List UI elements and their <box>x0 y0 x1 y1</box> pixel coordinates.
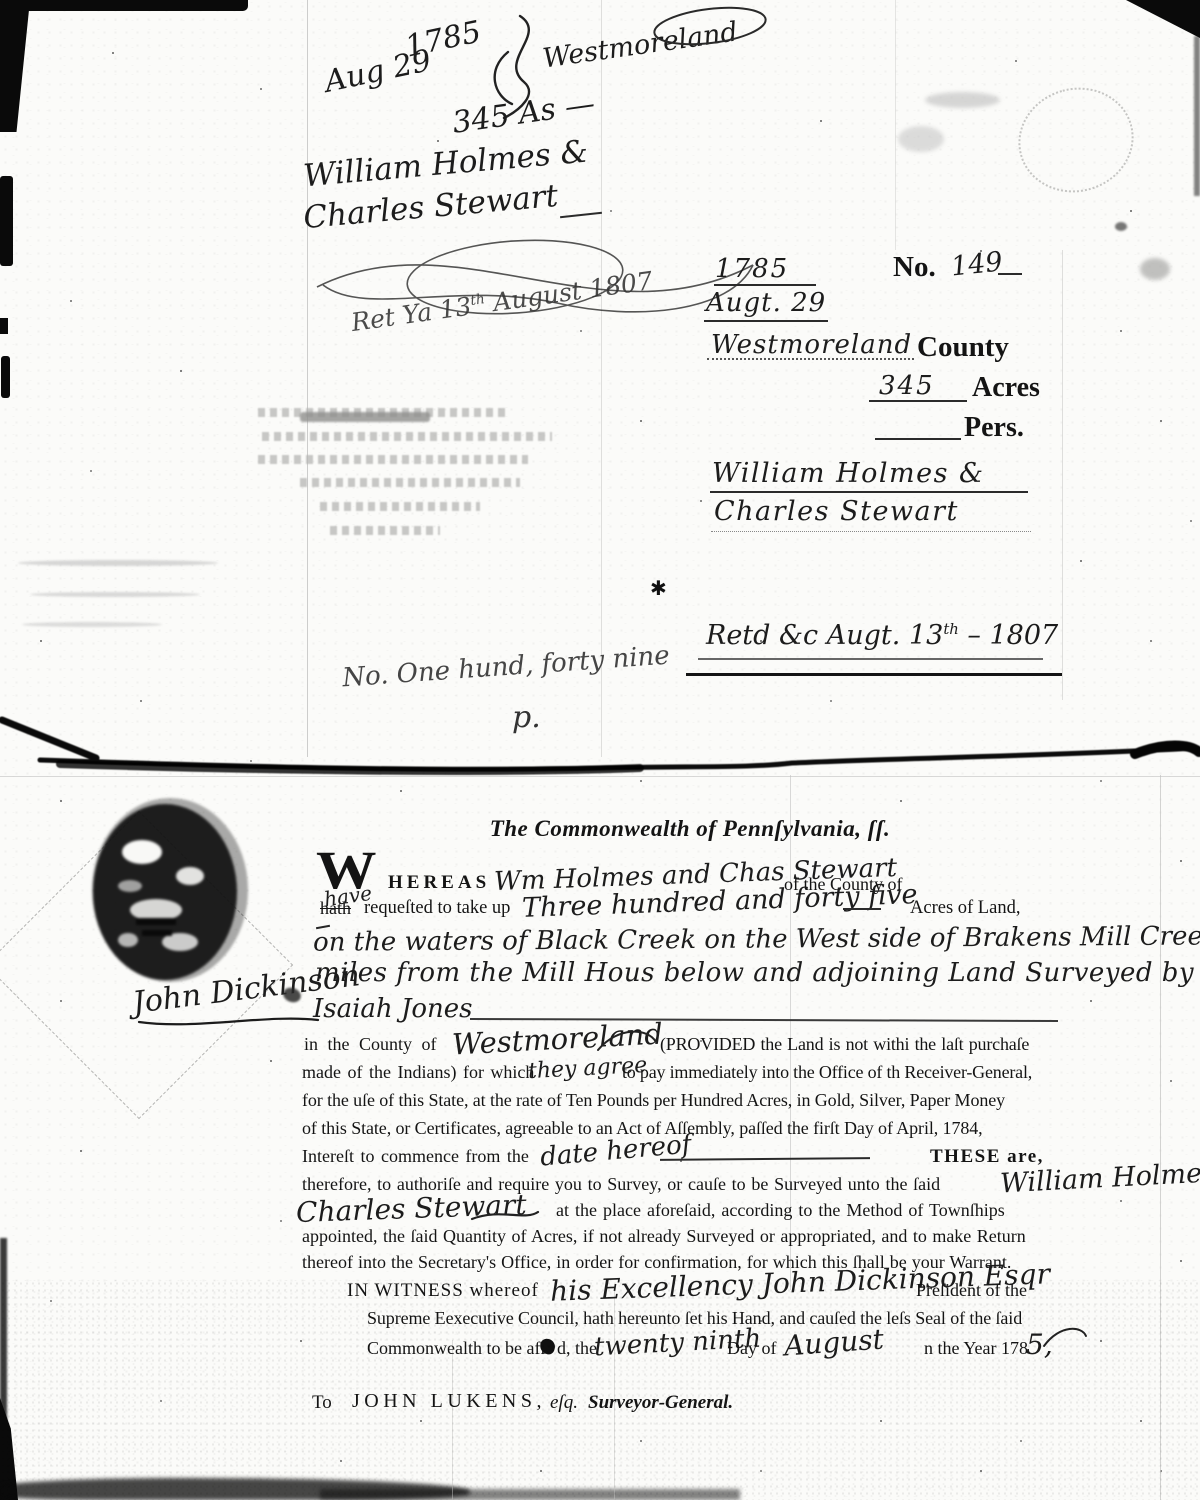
form-footer-esq: eſq. <box>550 1392 578 1414</box>
docket-rule <box>875 438 961 440</box>
ghost-stamp-circle <box>1007 75 1146 205</box>
form-witness3-mid: Day of <box>727 1338 776 1359</box>
form-location-line2: miles from the Mill Hous below and adjoi… <box>315 958 1200 988</box>
docket-year: 1785 <box>715 254 789 284</box>
form-whereas: HEREAS <box>388 872 490 894</box>
ghost-smudge-dark <box>1115 222 1127 231</box>
bleed-through-streak <box>22 622 162 627</box>
docket-returned-pre: Retd &c Augt. 13 <box>706 620 943 651</box>
ghost-smudge <box>925 92 1000 108</box>
mid-note-number: No. One hund, forty nine <box>341 641 670 694</box>
form-body8: appointed, the ſaid Quantity of Acres, i… <box>302 1226 1026 1247</box>
form-requested: requeſted to take up <box>364 898 510 919</box>
form-body2-pre: made of the Indians) for which <box>302 1062 534 1083</box>
docket-no-value: 149 <box>950 246 1005 282</box>
fold-shadow-line <box>0 776 1200 777</box>
form-location-line1: on the waters of Black Creek on the West… <box>313 920 1200 957</box>
pen-loop-flourish <box>648 4 772 48</box>
form-interest-pre: Intereſt to commence from the <box>302 1146 529 1167</box>
bleed-through-line <box>258 455 528 464</box>
docket-name2: Charles Stewart <box>714 496 959 527</box>
docket-county-value: Westmoreland <box>711 330 912 360</box>
docket-rule <box>698 658 1043 660</box>
bleed-through-line <box>300 478 520 487</box>
form-witness3-pre2: d, the <box>557 1338 597 1359</box>
pen-dash <box>560 212 602 218</box>
docket-acres-label: Acres <box>972 372 1040 404</box>
docket-county-label: County <box>917 331 1009 364</box>
form-title: The Commonwealth of Pennſylvania, ſſ. <box>340 816 1040 842</box>
form-body2-post: to pay immediately into the Office of th… <box>622 1062 1032 1083</box>
form-body3: for the uſe of this State, at the rate o… <box>302 1090 1005 1111</box>
vertical-crease-left <box>307 0 308 757</box>
form-witness2: Supreme Eexecutive Council, hath hereunt… <box>367 1308 1022 1329</box>
docket-pers-label: Pers. <box>964 412 1024 444</box>
form-witness3-pre: Commonwealth to be affi <box>367 1338 551 1359</box>
vertical-crease-right-upper <box>895 0 896 250</box>
scan-edge-top-left-blob <box>0 0 30 132</box>
vertical-crease-mid-upper <box>601 0 602 757</box>
scan-edge-top-right-wedge <box>1126 0 1200 40</box>
docket-dotted-rule <box>711 531 1031 532</box>
docket-rule <box>704 320 828 322</box>
upper-note-date: Aug 29 <box>322 43 435 100</box>
scan-edge-left-mark2 <box>0 318 8 334</box>
scan-edge-top-bar <box>0 0 248 11</box>
docket-rule <box>710 491 1028 493</box>
scan-edge-left-mark3 <box>1 356 10 398</box>
bleed-through-streak <box>18 560 218 566</box>
vertical-crease-lower-right <box>1160 775 1161 1500</box>
docket-bottom-rule <box>686 673 1062 676</box>
form-footer-title: Surveyor-General. <box>588 1392 733 1414</box>
docket-returned: Retd &c Augt. 13th – 1807 <box>706 620 1058 651</box>
form-witness-pre: IN WITNESS whereof <box>347 1280 539 1302</box>
mid-note-mark: p. <box>512 700 541 735</box>
ghost-smudge <box>1140 258 1170 280</box>
pen-strike-line <box>660 1157 870 1161</box>
margin-asterisk-mark: ✱ <box>650 576 667 601</box>
docket-rule <box>714 284 816 286</box>
form-body7: at the place aforeſaid, according to the… <box>556 1200 1005 1221</box>
form-witness-post: Preſident of the <box>916 1280 1027 1301</box>
pen-tail-flourish <box>1042 1322 1090 1352</box>
scan-bottom-smudge2 <box>320 1489 740 1500</box>
docket-returned-sup: th <box>943 620 959 638</box>
bleed-through-line <box>262 432 552 441</box>
docket-returned-post: – 1807 <box>959 620 1058 651</box>
bleed-through-line <box>330 526 440 535</box>
form-location-line3: Isaiah Jones <box>313 994 473 1024</box>
ghost-smudge <box>898 126 944 152</box>
form-witness3-script2: August <box>783 1323 885 1363</box>
vertical-crease-docket-right <box>1062 250 1063 700</box>
docket-no-label: No. <box>893 251 936 284</box>
form-county-pre: in the County of <box>304 1034 437 1055</box>
scatter-specks <box>0 0 2 2</box>
docket-acres-value: 345 <box>879 371 935 401</box>
bleed-through-dark-bit <box>300 412 430 422</box>
form-these-are: THESE are, <box>930 1146 1044 1168</box>
form-footer-to: To <box>312 1392 332 1414</box>
form-witness3-post: n the Year 178 <box>924 1338 1028 1359</box>
scanned-land-warrant-page: 1785 Aug 29 Westmoreland 345 As — Willia… <box>0 0 1200 1500</box>
docket-rule <box>869 400 967 402</box>
docket-dash <box>998 273 1022 275</box>
scan-edge-left-mark1 <box>0 176 13 266</box>
form-provided: (PROVIDED the Land is not withi the laſt… <box>660 1034 1029 1055</box>
docket-name1: William Holmes & <box>712 458 985 489</box>
docket-date: Augt. 29 <box>706 288 826 318</box>
form-footer-name: JOHN LUKENS, <box>352 1390 546 1413</box>
pen-dash <box>843 908 881 910</box>
vertical-crease-bottom2 <box>452 1340 453 1500</box>
form-hath-struck: hath <box>320 898 351 919</box>
bleed-through-line <box>320 502 480 511</box>
form-acres-of-land: Acres of Land, <box>910 898 1020 919</box>
pen-dash-flourish <box>470 1206 542 1224</box>
bleed-through-streak <box>30 592 200 597</box>
scan-edge-right-strip <box>1194 36 1200 196</box>
signature-underline-flourish <box>136 1010 324 1032</box>
docket-dotted-rule <box>707 358 914 360</box>
